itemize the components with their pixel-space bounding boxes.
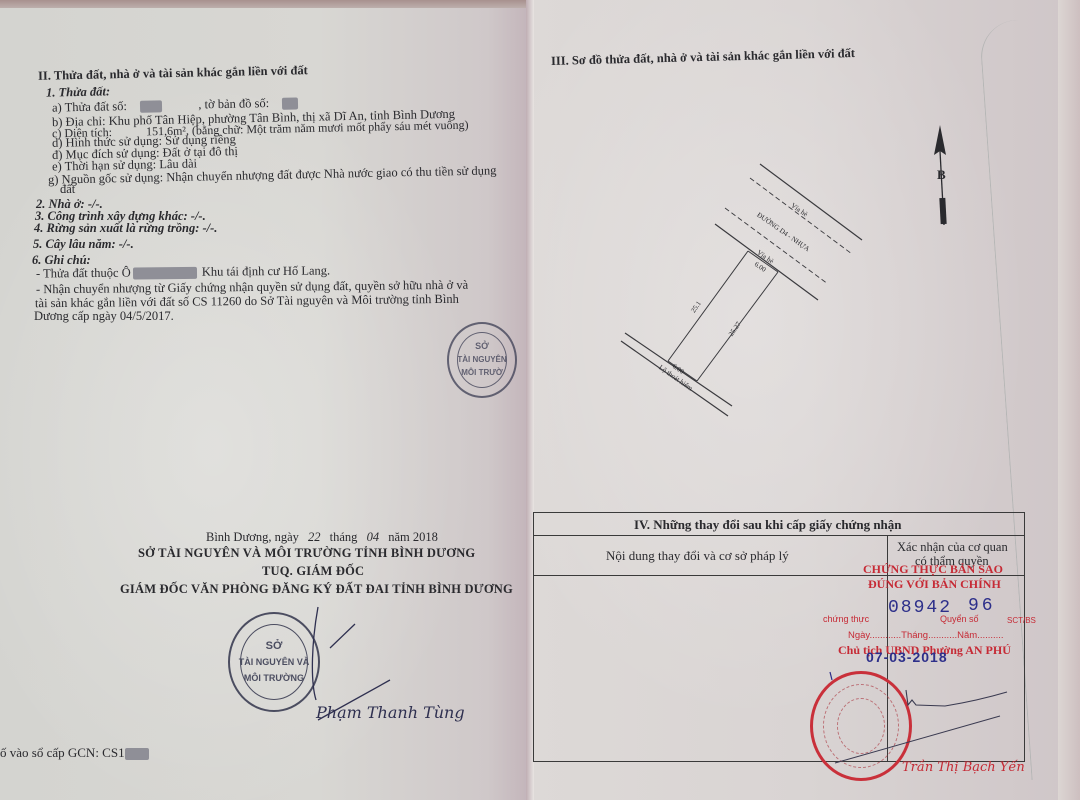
certification-line2: ĐÚNG VỚI BẢN CHÍNH xyxy=(868,577,1001,591)
changes-col-confirm-line1: Xác nhận của cơ quan xyxy=(897,540,1008,554)
month-label: tháng xyxy=(330,530,358,544)
department-stamp-small: SỞ TÀI NGUYÊN MÔI TRƯỜ xyxy=(447,322,517,398)
place-date-label: Bình Dương, ngày xyxy=(206,530,299,544)
redacted-registry-number xyxy=(125,748,149,760)
registry-number: ố vào sổ cấp GCN: CS1 xyxy=(0,746,149,760)
changes-table-title: IV. Những thay đổi sau khi cấp giấy chứn… xyxy=(634,518,902,532)
signing-place-date: Bình Dương, ngày 22 tháng 04 năm 2018 xyxy=(206,530,438,544)
stamp-small-line1: SỞ xyxy=(449,341,515,351)
certification-line1: CHỨNG THỰC BẢN SAO xyxy=(863,562,1003,576)
land-heading: 1. Thửa đất: xyxy=(46,84,110,99)
notes-heading: 6. Ghi chú: xyxy=(32,253,91,267)
registry-label: ố vào sổ cấp GCN: CS1 xyxy=(0,745,125,760)
stamp-line1: SỞ xyxy=(230,640,318,652)
note-block-prefix: - Thửa đất thuộc Ô xyxy=(36,266,131,281)
authorized-role: TUQ. GIÁM ĐỐC xyxy=(262,564,364,578)
certifier-signature: Trần Thị Bạch Yến xyxy=(902,760,1025,775)
item-perennial-trees: 5. Cây lâu năm: -/-. xyxy=(33,237,134,251)
parcel-map xyxy=(610,150,890,430)
ward-seal-stamp xyxy=(810,671,912,781)
issuing-authority: SỞ TÀI NGUYÊN VÀ MÔI TRƯỜNG TỈNH BÌNH DƯ… xyxy=(138,546,475,560)
stamp-line3: MÔI TRƯỜNG xyxy=(230,673,318,683)
certification-number-label: chứng thực xyxy=(823,612,869,626)
parcel-number-label: a) Thửa đất số: xyxy=(52,99,127,115)
book-number: 96 xyxy=(968,599,996,613)
book-suffix: SCT/BS xyxy=(1007,614,1036,628)
changes-col-content: Nội dung thay đổi và cơ sở pháp lý xyxy=(606,549,789,563)
note-transfer-line3: Dương cấp ngày 04/5/2017. xyxy=(34,309,174,323)
stamp-small-line2: TÀI NGUYÊN xyxy=(449,355,515,364)
stamp-small-line3: MÔI TRƯỜ xyxy=(449,368,515,377)
signing-month: 04 xyxy=(367,530,380,544)
note-block-suffix: Khu tái định cư Hố Lang. xyxy=(202,263,330,278)
item-plantation-forest: 4. Rừng sản xuất là rừng trồng: -/-. xyxy=(34,221,217,235)
redacted-map-sheet xyxy=(282,98,298,110)
usage-origin-cont: đất xyxy=(60,182,75,196)
signing-day: 22 xyxy=(308,530,321,544)
redacted-block xyxy=(133,267,197,280)
certification-date: 07-03-2018 xyxy=(866,650,948,664)
north-label: B xyxy=(937,168,946,182)
year-label: năm 2018 xyxy=(388,530,438,544)
director-title: GIÁM ĐỐC VĂN PHÒNG ĐĂNG KÝ ĐẤT ĐAI TỈNH … xyxy=(120,582,513,596)
director-signature: Phạm Thanh Tùng xyxy=(316,703,465,722)
certification-date-labels: Ngày............Tháng...........Năm.....… xyxy=(848,629,1004,643)
redacted-parcel-number xyxy=(140,100,162,112)
map-sheet-label: , tờ bản đồ số: xyxy=(198,96,269,111)
stamp-line2: TÀI NGUYÊN VÀ xyxy=(230,657,318,667)
department-stamp: SỞ TÀI NGUYÊN VÀ MÔI TRƯỜNG xyxy=(228,612,320,712)
